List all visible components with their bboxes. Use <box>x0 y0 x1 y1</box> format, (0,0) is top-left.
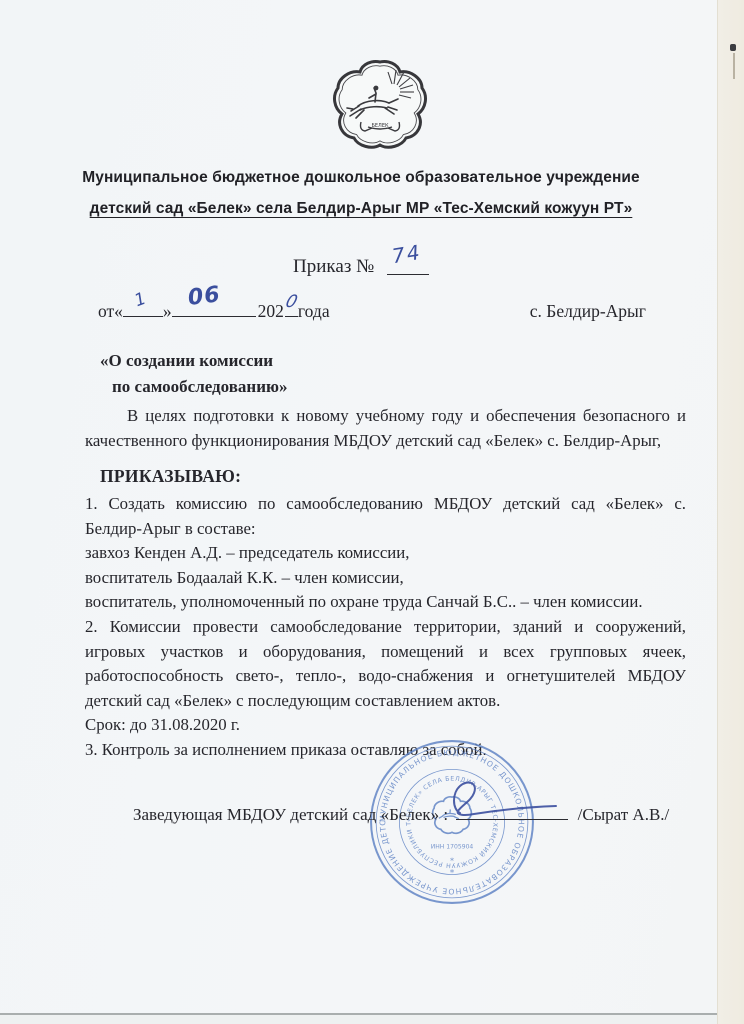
date-quote-close: » <box>163 301 172 322</box>
date-year-printed: 202 <box>258 301 284 322</box>
order-title: Приказ № 74 <box>0 254 722 278</box>
signature-row: Заведующая МБДОУ детский сад «Белек» : /… <box>133 803 713 825</box>
institution-name-line2: детский сад «Белек» села Белдир-Арыг МР … <box>0 193 722 224</box>
body-line: детский сад «Белек» с последующим состав… <box>85 689 686 714</box>
date-day-blank: 1 <box>123 296 163 317</box>
body-line: завхоз Кенден А.Д. – председатель комисс… <box>85 541 686 566</box>
preamble-line2: качественного функционирования МБДОУ дет… <box>85 428 686 453</box>
scanned-document-page: БЕЛЕК Муниципальное бюджетное дошкольное… <box>0 0 744 1024</box>
date-year-digit-handwritten: 0 <box>283 292 300 312</box>
order-number-blank: 74 <box>387 254 429 275</box>
ink-speck <box>730 44 736 51</box>
stamp-inn-text: ИНН 1705904 <box>431 843 474 850</box>
scan-margin-bottom <box>0 1015 718 1024</box>
order-number-handwritten: 74 <box>390 240 423 268</box>
banner-text: БЕЛЕК <box>371 123 389 129</box>
body-line: 1. Создать комиссию по самообследованию … <box>85 492 686 517</box>
order-title-label: Приказ № <box>293 256 374 277</box>
stamp-star-marks: * <box>450 855 454 865</box>
document-header: Муниципальное бюджетное дошкольное образ… <box>0 162 722 224</box>
settlement-name: с. Белдир-Арыг <box>530 301 646 322</box>
resolution-heading: ПРИКАЗЫВАЮ: <box>100 466 241 487</box>
stamp-star-bottom: * <box>450 869 455 879</box>
signature-label: Заведующая МБДОУ детский сад «Белек» : <box>133 805 448 824</box>
date-day-handwritten: 1 <box>132 289 149 311</box>
scan-edge-right <box>717 0 744 1024</box>
body-line: воспитатель, уполномоченный по охране тр… <box>85 590 686 615</box>
body-line: игровых участков и оборудования, помещен… <box>85 640 686 665</box>
date-year-digit-blank: 0 <box>285 296 298 317</box>
body-line: Срок: до 31.08.2020 г. <box>85 713 686 738</box>
kindergarten-emblem-logo: БЕЛЕК <box>330 57 430 149</box>
order-subject: «О создании комиссии по самообследованию… <box>100 348 288 399</box>
ink-speck-tail <box>733 53 735 79</box>
preamble: В целях подготовки к новому учебному год… <box>85 403 686 453</box>
handwritten-signature <box>444 773 562 823</box>
date-suffix: года <box>298 301 330 322</box>
signatory-name: /Сырат А.В./ <box>578 805 670 824</box>
date-month-handwritten: 06 <box>186 282 221 311</box>
emblem-outer-outline <box>335 61 426 147</box>
body-line: Белдир-Арыг в составе: <box>85 517 686 542</box>
body-line: работоспособность свето-, тепло-, водо-с… <box>85 664 686 689</box>
preamble-line1: В целях подготовки к новому учебному год… <box>85 403 686 428</box>
institution-name-line1: Муниципальное бюджетное дошкольное образ… <box>0 162 722 193</box>
signature-blank <box>456 803 568 820</box>
order-body: 1. Создать комиссию по самообследованию … <box>85 492 686 763</box>
body-line: 2. Комиссии провести самообследование те… <box>85 615 686 640</box>
date-month-blank: 06 <box>172 296 256 317</box>
body-line: воспитатель Бодаалай К.К. – член комисси… <box>85 566 686 591</box>
subject-line1: «О создании комиссии <box>100 348 288 374</box>
date-row: от« 1 » 06 202 0 года с. Белдир-Арыг <box>98 296 646 322</box>
date-prefix: от« <box>98 301 123 322</box>
subject-line2: по самообследованию» <box>100 374 288 400</box>
